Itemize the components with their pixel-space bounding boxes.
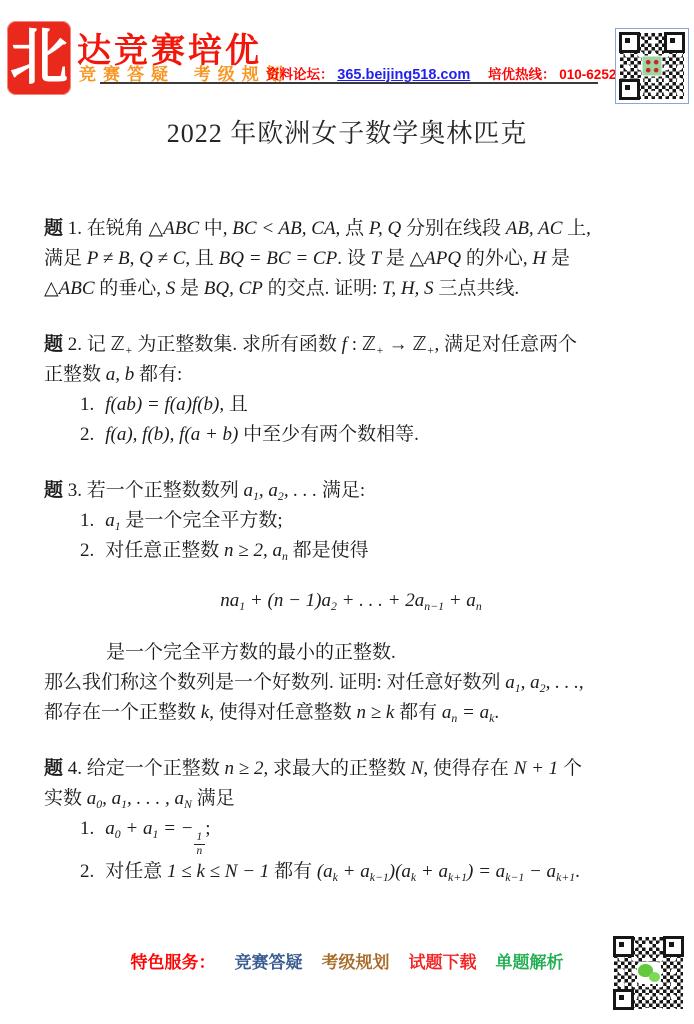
math-run: P, Q — [369, 218, 401, 239]
math-run: k — [201, 702, 209, 723]
math-run: 1 ≤ k ≤ N − 1 — [167, 861, 269, 882]
problem-3-line-1: 题 3. 若一个正整数数列 a1, a2, . . . 满足: — [44, 476, 658, 506]
problem-4-line-1: 题 4. 给定一个正整数 n ≥ 2, 求最大的正整数 N, 使得存在 N + … — [44, 754, 658, 784]
text-run: 那么我们称这个数列是一个好数列. 证明: 对任意好数列 — [44, 672, 505, 693]
document-title: 2022 年欧洲女子数学奥林匹克 — [0, 118, 694, 150]
math-run: − a — [524, 861, 556, 882]
hotline-label: 培优热线： — [488, 67, 556, 82]
text-run: , 点 — [336, 218, 369, 239]
text-run: 都是使得 — [288, 540, 369, 561]
math-run: a — [505, 672, 515, 693]
text-run: 都有 — [269, 861, 317, 882]
qr-finder — [663, 936, 684, 957]
math-run: a — [442, 702, 452, 723]
text-run: . — [575, 861, 580, 882]
header-divider — [100, 82, 598, 84]
math-run: AB, AC — [506, 218, 563, 239]
math-run: = a — [457, 702, 489, 723]
qr-finder — [613, 936, 634, 957]
math-run: n ≥ k — [356, 702, 394, 723]
header-contact-info: 资料论坛： 365.beijing518.com 培优热线： 010-62526… — [266, 63, 646, 83]
fraction: 1n — [194, 831, 206, 857]
math-run: a, b — [106, 364, 135, 385]
service-link-1: 竞赛答疑 — [235, 948, 303, 973]
text-line: 都存在一个正整数 k, 使得对任意整数 n ≥ k 都有 an = ak. — [44, 698, 658, 728]
math-run: ℤ — [412, 334, 426, 355]
math-run: △APQ — [410, 248, 462, 269]
text-run: , 且 — [185, 248, 218, 269]
math-run: n ≥ 2 — [225, 758, 264, 779]
header-qr-code-icon — [615, 28, 689, 104]
math-run: + . . . + 2a — [337, 590, 424, 611]
footer-services: 特色服务： 竞赛答疑考级规划试题下载单题解析 — [0, 948, 694, 973]
text-line: 是一个完全平方数的最小的正整数. — [44, 638, 658, 668]
qr-finder — [613, 989, 634, 1010]
footer-qr-code-icon — [610, 933, 687, 1013]
qr-finder — [619, 79, 640, 100]
math-run: N + 1 — [514, 758, 559, 779]
problem-2-line-1: 题 2. 记 ℤ+ 为正整数集. 求所有函数 f : ℤ+ → ℤ+, 满足对任… — [44, 330, 658, 360]
math-run: , . . . — [546, 672, 579, 693]
text-line: 满足 P ≠ B, Q ≠ C, 且 BQ = BC = CP. 设 T 是 △… — [44, 244, 658, 274]
item-number: 1. — [80, 814, 94, 844]
math-run: ℤ — [362, 334, 376, 355]
math-run: + a — [121, 818, 153, 839]
text-run: , 使得存在 — [423, 758, 513, 779]
math-run: f(ab) = f(a)f(b) — [105, 394, 219, 415]
text-line: 实数 a0, a1, . . . , aN 满足 — [44, 784, 658, 814]
text-run: : — [347, 334, 362, 355]
document-main: 2022 年欧洲女子数学奥林匹克 题 1. 在锐角 △ABC 中, BC < A… — [0, 110, 694, 887]
text-run: 3. 若一个正整数数列 — [63, 480, 244, 501]
text-run: 都有: — [134, 364, 182, 385]
text-run: 满足 — [192, 788, 235, 809]
text-run: 上, — [562, 218, 591, 239]
item-number: 1. — [80, 506, 94, 536]
text-run: 三点共线. — [434, 278, 520, 299]
document-body: 题 1. 在锐角 △ABC 中, BC < AB, CA, 点 P, Q 分别在… — [44, 214, 658, 887]
fraction-numerator: 1 — [194, 831, 206, 844]
qr-center-badge — [642, 56, 663, 77]
services-label: 特色服务： — [131, 948, 216, 973]
item-number: 2. — [80, 536, 94, 566]
text-run: 实数 — [44, 788, 87, 809]
subscript: k−1 — [370, 871, 389, 884]
problem-label: 题 — [44, 480, 63, 501]
text-run: 为正整数集. 求所有函数 — [133, 334, 342, 355]
text-run: 都存在一个正整数 — [44, 702, 201, 723]
subscript: k+1 — [556, 871, 575, 884]
text-run: 正整数 — [44, 364, 106, 385]
text-run: 对任意 — [105, 861, 167, 882]
problem-label: 题 — [44, 758, 63, 779]
text-line: △ABC 的垂心, S 是 BQ, CP 的交点. 证明: T, H, S 三点… — [44, 274, 658, 304]
text-run: 的交点. 证明: — [263, 278, 382, 299]
text-run: 的外心, — [461, 248, 532, 269]
problem-label: 题 — [44, 218, 63, 239]
text-run: 4. 给定一个正整数 — [63, 758, 225, 779]
qr-finder — [619, 32, 640, 53]
math-run: , . . . , a — [127, 788, 184, 809]
math-run: a — [105, 510, 115, 531]
math-run: N — [411, 758, 424, 779]
text-run: 满足 — [44, 248, 87, 269]
text-run: 2. 记 — [63, 334, 111, 355]
text-run: 1. 在锐角 — [63, 218, 149, 239]
service-link-2: 考级规划 — [322, 948, 390, 973]
math-run: S — [166, 278, 176, 299]
text-run: , — [130, 248, 140, 269]
math-run: P ≠ B — [87, 248, 130, 269]
text-line: 2.f(a), f(b), f(a + b) 中至少有两个数相等. — [44, 420, 658, 450]
subscript: n−1 — [424, 600, 444, 613]
text-line: 那么我们称这个数列是一个好数列. 证明: 对任意好数列 a1, a2, . . … — [44, 668, 658, 698]
text-line: 1.a0 + a1 = −1n; — [44, 814, 658, 857]
text-line: 2.对任意 1 ≤ k ≤ N − 1 都有 (ak + ak−1)(ak + … — [44, 857, 658, 887]
math-run: T — [370, 248, 381, 269]
text-run: , 求最大的正整数 — [263, 758, 410, 779]
math-run: a — [87, 788, 97, 809]
text-run: . — [494, 702, 499, 723]
text-run: , 且 — [219, 394, 248, 415]
math-run: n ≥ 2 — [224, 540, 263, 561]
text-run: , — [579, 672, 584, 693]
subscript: + — [376, 344, 384, 357]
math-run: f(a), f(b), f(a + b) — [105, 424, 238, 445]
text-run: 个 — [558, 758, 582, 779]
text-run: 分别在线段 — [401, 218, 506, 239]
text-run: 是 — [175, 278, 204, 299]
math-run: ℤ — [111, 334, 125, 355]
math-run: Q ≠ C — [139, 248, 185, 269]
text-run: 是 — [546, 248, 570, 269]
math-run: △ABC — [44, 278, 95, 299]
math-run: a — [272, 540, 282, 561]
math-run: , a — [259, 480, 278, 501]
text-run: 是一个完全平方数; — [121, 510, 283, 531]
text-run: . 设 — [337, 248, 370, 269]
wechat-icon — [637, 962, 661, 984]
math-run: , a — [102, 788, 121, 809]
math-run: H — [532, 248, 546, 269]
text-run: 的垂心, — [95, 278, 166, 299]
display-formula: na1 + (n − 1)a2 + . . . + 2an−1 + an — [44, 586, 658, 616]
item-number: 2. — [80, 857, 94, 887]
math-run: , . . . — [284, 480, 317, 501]
text-run: ; — [205, 818, 210, 839]
seal-character: 北 — [10, 28, 68, 89]
text-run: 是 — [381, 248, 410, 269]
math-run: ) = a — [467, 861, 505, 882]
subscript: + — [125, 344, 133, 357]
subscript: k−1 — [505, 871, 524, 884]
item-number: 2. — [80, 420, 94, 450]
subscript: k+1 — [448, 871, 467, 884]
math-run: △ABC — [149, 218, 200, 239]
text-line: 2.对任意正整数 n ≥ 2, an 都是使得 — [44, 536, 658, 566]
text-run: 对任意正整数 — [105, 540, 224, 561]
service-link-4: 单题解析 — [496, 948, 564, 973]
text-run: → — [384, 334, 413, 355]
text-run: 中至少有两个数相等. — [238, 424, 419, 445]
text-run: 是一个完全平方数的最小的正整数. — [106, 642, 396, 663]
math-run: , a — [521, 672, 540, 693]
forum-label: 资料论坛： — [266, 67, 334, 82]
math-run: + (n − 1)a — [245, 590, 331, 611]
math-run: + a — [338, 861, 370, 882]
text-run: , 满足对任意两个 — [434, 334, 577, 355]
math-run: na — [220, 590, 239, 611]
math-run: BQ = BC = CP — [219, 248, 338, 269]
problem-label: 题 — [44, 334, 63, 355]
text-run: 中, — [199, 218, 232, 239]
forum-link[interactable]: 365.beijing518.com — [337, 67, 470, 83]
text-run: , 使得对任意整数 — [209, 702, 356, 723]
text-line: 1.a1 是一个完全平方数; — [44, 506, 658, 536]
subscript: N — [184, 798, 192, 811]
math-run: + a — [444, 590, 476, 611]
text-run: 都有 — [394, 702, 442, 723]
math-run: a — [244, 480, 254, 501]
math-run: )(a — [389, 861, 411, 882]
brand-seal-logo: 北 — [7, 21, 71, 95]
qr-finder — [664, 32, 685, 53]
text-run: 满足: — [317, 480, 365, 501]
math-run: BQ, CP — [204, 278, 263, 299]
fraction-denominator: n — [194, 844, 206, 858]
document-page: 北 达竞赛培优 竞赛答疑 考级规划 资料论坛： 365.beijing518.c… — [0, 0, 694, 1024]
subscript: n — [476, 600, 482, 613]
math-run: = − — [158, 818, 193, 839]
item-number: 1. — [80, 390, 94, 420]
service-link-3: 试题下载 — [409, 948, 477, 973]
math-run: (a — [317, 861, 333, 882]
math-run: + a — [416, 861, 448, 882]
problem-1-line-1: 题 1. 在锐角 △ABC 中, BC < AB, CA, 点 P, Q 分别在… — [44, 214, 658, 244]
text-line: 正整数 a, b 都有: — [44, 360, 658, 390]
math-run: a — [105, 818, 115, 839]
math-run: BC < AB, CA — [232, 218, 335, 239]
math-run: T, H, S — [382, 278, 433, 299]
text-line: 1.f(ab) = f(a)f(b), 且 — [44, 390, 658, 420]
